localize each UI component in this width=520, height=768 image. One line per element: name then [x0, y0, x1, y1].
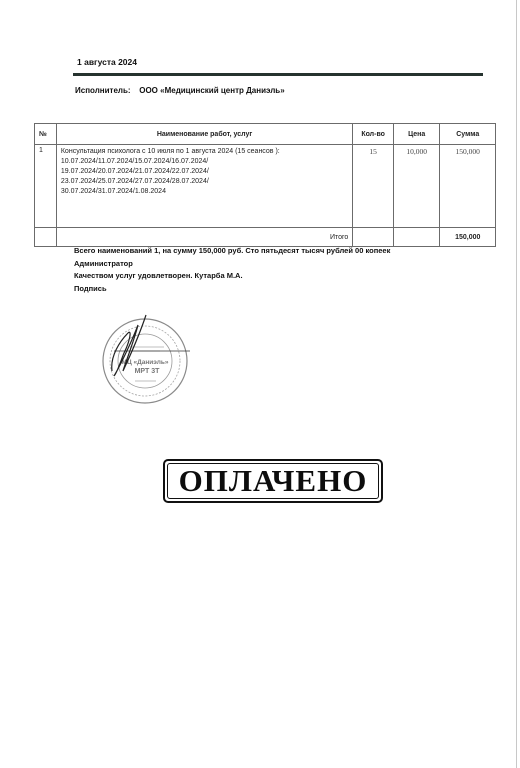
executor-label: Исполнитель:: [75, 86, 137, 95]
total-empty-cell: [35, 228, 57, 247]
total-empty-cell: [353, 228, 394, 247]
total-empty-cell: [393, 228, 440, 247]
summary-block: Всего наименований 1, на сумму 150,000 р…: [74, 245, 390, 295]
invoice-table: № Наименование работ, услуг Кол-во Цена …: [34, 123, 496, 247]
header-no: №: [35, 124, 57, 145]
header-price: Цена: [393, 124, 440, 145]
seal-text-line-2: МРТ 3Т: [135, 368, 161, 375]
session-dates-line: 10.07.2024/11.07.2024/15.07.2024/16.07.2…: [61, 157, 348, 167]
session-dates-line: 23.07.2024/25.07.2024/27.07.2024/28.07.2…: [61, 177, 348, 187]
total-in-words: Всего наименований 1, на сумму 150,000 р…: [74, 245, 390, 258]
paid-stamp: ОПЛАЧЕНО: [163, 459, 383, 503]
paid-stamp-text: ОПЛАЧЕНО: [167, 463, 379, 499]
service-description: Консультация психолога с 10 июля по 1 ав…: [61, 147, 348, 157]
cell-sum: 150,000: [440, 145, 496, 228]
company-seal-icon: МЦ «Даниэль» МРТ 3Т: [90, 311, 190, 407]
executor-row: Исполнитель: ООО «Медицинский центр Дани…: [75, 86, 285, 95]
document-date: 1 августа 2024: [77, 57, 137, 67]
header-rule: [73, 73, 483, 76]
role-line: Администратор: [74, 258, 390, 271]
signature-label: Подпись: [74, 283, 390, 296]
session-dates-line: 30.07.2024/31.07.2024/1.08.2024: [61, 187, 348, 197]
cell-name: Консультация психолога с 10 июля по 1 ав…: [56, 145, 352, 228]
session-dates-line: 19.07.2024/20.07.2024/21.07.2024/22.07.2…: [61, 167, 348, 177]
cell-price: 10,000: [393, 145, 440, 228]
header-sum: Сумма: [440, 124, 496, 145]
page-edge: [516, 0, 517, 768]
satisfaction-line: Качеством услуг удовлетворен. Кутарба М.…: [74, 270, 390, 283]
signature-icon: [112, 315, 146, 376]
total-label: Итого: [56, 228, 352, 247]
header-qty: Кол-во: [353, 124, 394, 145]
table-total-row: Итого 150,000: [35, 228, 496, 247]
total-value: 150,000: [440, 228, 496, 247]
table-header-row: № Наименование работ, услуг Кол-во Цена …: [35, 124, 496, 145]
cell-no: 1: [35, 145, 57, 228]
table-row: 1 Консультация психолога с 10 июля по 1 …: [35, 145, 496, 228]
header-name: Наименование работ, услуг: [56, 124, 352, 145]
cell-qty: 15: [353, 145, 394, 228]
executor-value: ООО «Медицинский центр Даниэль»: [139, 86, 284, 95]
